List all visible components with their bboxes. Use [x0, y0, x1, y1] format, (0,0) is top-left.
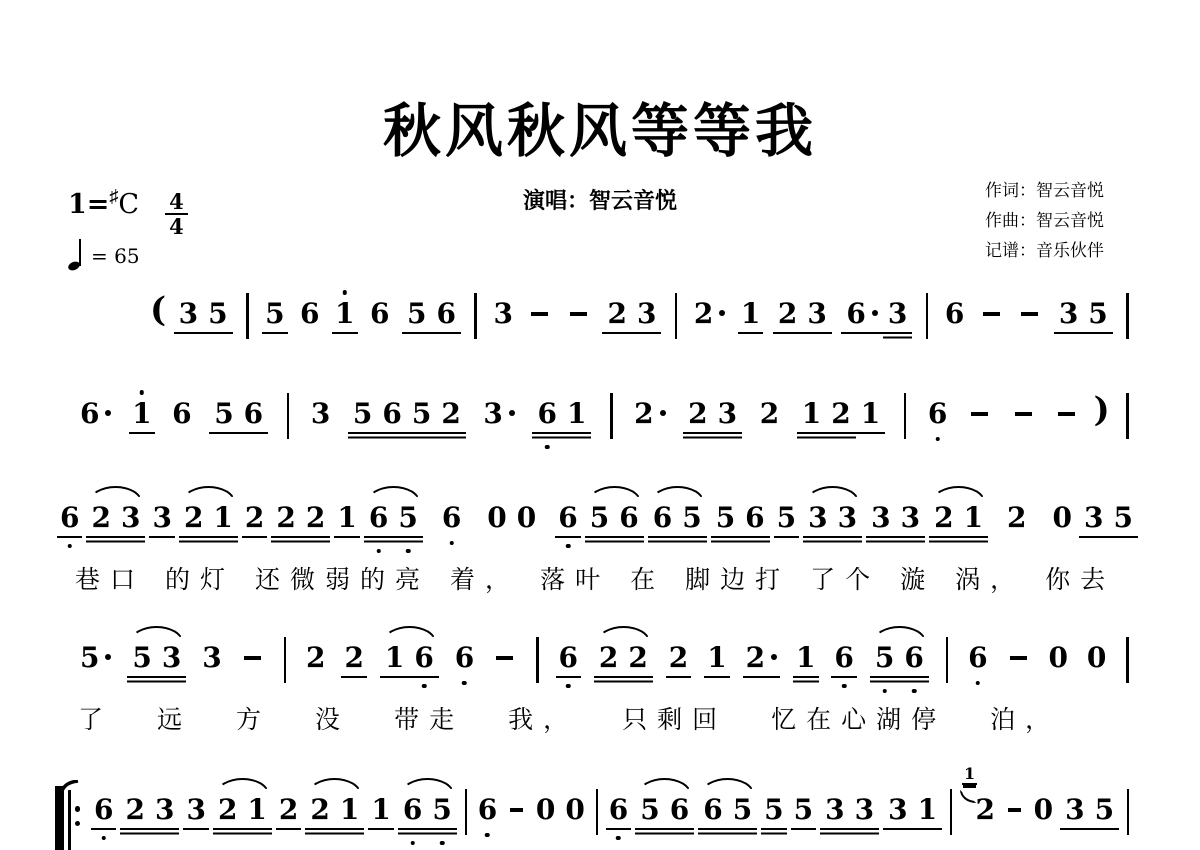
note-number: 1 — [385, 641, 404, 674]
lyric-segment: 还微弱的亮 — [255, 560, 430, 596]
note-number: 5 — [733, 793, 752, 826]
note-number: 2 — [125, 793, 144, 826]
note-number: 3 — [807, 297, 826, 330]
note: 6 — [698, 794, 727, 826]
beam-group: 56 — [402, 298, 461, 330]
volta-number: 1 — [962, 766, 977, 785]
note: 2 — [301, 502, 330, 534]
note: 3 — [802, 298, 831, 330]
rest-note: 0 — [1084, 642, 1109, 674]
note-number: 2 — [276, 501, 295, 534]
note: 5 — [348, 398, 377, 430]
note-number: 6 — [968, 641, 987, 674]
note: 2 — [271, 502, 300, 534]
note-number: 6 — [478, 793, 497, 826]
barline — [536, 637, 539, 683]
note-number: 1 — [337, 501, 356, 534]
note: 3 — [480, 398, 517, 430]
note: 6 — [409, 642, 438, 674]
note-number: 3 — [162, 641, 181, 674]
rest-note: 0 — [514, 502, 539, 534]
lyricist-credit: 作词：智云音悦 — [985, 176, 1104, 206]
lyric-segment: 带走 — [394, 700, 464, 736]
lyric-segment: 远 — [157, 700, 192, 736]
note: 5 — [711, 502, 740, 534]
note: 5 — [585, 502, 614, 534]
note: 5 — [791, 794, 816, 826]
augmentation-dot — [771, 654, 777, 660]
music-line-5: 6233212211656006566555333112035 — [55, 794, 1135, 850]
note: 3 — [803, 502, 832, 534]
note: 2 — [1004, 502, 1029, 534]
note-number: 6 — [80, 397, 99, 430]
octave-dot-below — [935, 437, 940, 442]
note: 2 — [683, 398, 712, 430]
slur-beam-group: 56 — [585, 502, 644, 534]
slur-beam-group: 21 — [213, 794, 272, 826]
note-number: 2 — [344, 641, 363, 674]
music-line-1: (35561656323212363635 — [150, 298, 1135, 360]
note-number: 5 — [208, 297, 227, 330]
note: 2 — [929, 502, 958, 534]
note: 3 — [866, 502, 895, 534]
note-number: 3 — [1059, 297, 1078, 330]
barline — [950, 789, 952, 835]
note-number: 0 — [1087, 641, 1106, 674]
note-number: 1 — [132, 397, 151, 430]
note: 6 — [91, 794, 116, 826]
song-title: 秋风秋风等等我 — [0, 84, 1200, 168]
note-number: 2 — [441, 397, 460, 430]
octave-dot-below — [422, 684, 427, 689]
beam-group: 35 — [1060, 794, 1119, 826]
note: 6 — [377, 398, 406, 430]
transcriber-credit: 记谱：音乐伙伴 — [985, 236, 1104, 266]
note: 1 — [335, 794, 364, 826]
note-number: 2 — [831, 397, 850, 430]
octave-dot-below — [406, 549, 411, 554]
note-number: 6 — [653, 501, 672, 534]
note-number: 5 — [764, 793, 783, 826]
note-number: 3 — [311, 397, 330, 430]
note-number: 6 — [945, 297, 964, 330]
beam-group: 22 — [271, 502, 330, 534]
slur-beam-group: 33 — [803, 502, 862, 534]
note: 6 — [925, 398, 950, 430]
note: 1 — [562, 398, 591, 430]
note-number: 0 — [1034, 793, 1053, 826]
note-number: 2 — [607, 297, 626, 330]
note-number: 6 — [834, 641, 853, 674]
note: 3 — [833, 502, 862, 534]
note: 3 — [883, 794, 912, 826]
note: 2 — [691, 298, 728, 330]
note: 1 — [797, 398, 826, 430]
note: 2 — [276, 794, 301, 826]
note: 3 — [1054, 298, 1083, 330]
note-number: 0 — [565, 793, 584, 826]
credits-block: 作词：智云音悦 作曲：智云音悦 记谱：音乐伙伴 — [985, 176, 1104, 266]
note-number: 3 — [888, 793, 907, 826]
note: 2 — [179, 502, 208, 534]
note: 1 — [208, 502, 237, 534]
note-number: 2 — [306, 641, 325, 674]
note-number: 6 — [244, 397, 263, 430]
lyric-segment: 了个 — [810, 560, 880, 596]
barline — [284, 637, 287, 683]
note-number: 2 — [218, 793, 237, 826]
note: 6 — [297, 298, 322, 330]
octave-dot-below — [976, 681, 981, 686]
note-number: 5 — [640, 793, 659, 826]
note-number: 6 — [670, 793, 689, 826]
note-number: 3 — [202, 641, 221, 674]
note: 3 — [896, 502, 925, 534]
note: 1 — [738, 298, 763, 330]
note-number: 6 — [619, 501, 638, 534]
note-number: 2 — [688, 397, 707, 430]
note-number: 1 — [802, 397, 821, 430]
octave-dot-above — [343, 290, 348, 295]
beam-group: 61 — [532, 398, 591, 430]
octave-dot-below — [440, 841, 445, 846]
note-number: 6 — [442, 501, 461, 534]
lyric-segment: 只剩回 — [622, 700, 727, 736]
note: 6 — [532, 398, 561, 430]
note: 2 — [86, 502, 115, 534]
duration-dash — [1010, 656, 1027, 660]
barline — [246, 293, 249, 339]
note-number: 0 — [1053, 501, 1072, 534]
augmentation-dot — [105, 410, 111, 416]
note: 3 — [1060, 794, 1089, 826]
lyric-segment: 我， — [508, 700, 578, 736]
note: 6 — [899, 642, 928, 674]
note: 3 — [883, 298, 912, 330]
note-number: 5 — [777, 501, 796, 534]
note: 2 — [213, 794, 242, 826]
beam-group: 33 — [866, 502, 925, 534]
note-number: 1 — [213, 501, 232, 534]
note: 1 — [242, 794, 271, 826]
rest-note: 0 — [533, 794, 558, 826]
note-number: 1 — [861, 397, 880, 430]
note-number: 1 — [340, 793, 359, 826]
note-number: 5 — [398, 501, 417, 534]
note: 3 — [308, 398, 333, 430]
octave-dot-below — [449, 541, 454, 546]
beam-group: 35 — [174, 298, 233, 330]
octave-dot-below — [842, 684, 847, 689]
note-number: 6 — [382, 397, 401, 430]
beam-group: 121 — [797, 398, 885, 430]
note-number: 5 — [432, 793, 451, 826]
note: 6 — [740, 502, 769, 534]
note-number: 3 — [155, 793, 174, 826]
lyric-segment: 涡， — [955, 560, 1025, 596]
note-number: 6 — [172, 397, 191, 430]
note: 5 — [1109, 502, 1138, 534]
note: 3 — [1079, 502, 1108, 534]
lyric-segment: 泊， — [990, 700, 1060, 736]
note: 6 — [169, 398, 194, 430]
note: 5 — [262, 298, 287, 330]
note-number: 1 — [796, 641, 815, 674]
sheet-music-page: 秋风秋风等等我 演唱：智云音悦 作词：智云音悦 作曲：智云音悦 记谱：音乐伙伴 … — [0, 0, 1200, 850]
slur-beam-group: 56 — [870, 642, 929, 674]
note-number: 3 — [1084, 501, 1103, 534]
augmentation-dot — [719, 310, 725, 316]
note: 1 — [334, 502, 359, 534]
lyric-segment: 脚边打 — [685, 560, 790, 596]
note: 6 — [431, 298, 460, 330]
beam-group: 23 — [683, 398, 742, 430]
note: 2 — [594, 642, 623, 674]
note-number: 3 — [186, 793, 205, 826]
slur-beam-group: 65 — [698, 794, 757, 826]
note-number: 2 — [628, 641, 647, 674]
note-number: 3 — [483, 397, 502, 430]
note-number: 3 — [637, 297, 656, 330]
repeat-dots — [75, 806, 81, 826]
lyric-segment: 忆在心湖停 — [771, 700, 946, 736]
barline — [287, 393, 290, 439]
key-prefix: 1= — [68, 190, 109, 220]
note: 6 — [439, 502, 464, 534]
note-number: 3 — [825, 793, 844, 826]
note-number: 6 — [300, 297, 319, 330]
barline — [946, 637, 949, 683]
note-number: 6 — [370, 297, 389, 330]
lyric-segment: 了 — [78, 700, 113, 736]
note: 1 — [913, 794, 942, 826]
note-number: 5 — [353, 397, 372, 430]
repeat-dot — [75, 806, 81, 812]
note: 2 — [666, 642, 691, 674]
note: 1 — [129, 398, 154, 430]
lyric-segment: 你去 — [1045, 560, 1115, 596]
slur-beam-group: 65 — [648, 502, 707, 534]
note-number: 2 — [746, 641, 765, 674]
note: 6 — [614, 502, 643, 534]
note: 5 — [870, 642, 899, 674]
slur-beam-group: 21 — [179, 502, 238, 534]
note-number: 3 — [493, 297, 512, 330]
note: 2 — [743, 642, 780, 674]
lyrics-line-2: 了远方没带走我，只剩回忆在心湖停泊， — [78, 700, 1060, 736]
lyric-segment: 方 — [236, 700, 271, 736]
note-number: 5 — [1095, 793, 1114, 826]
note-number: 5 — [875, 641, 894, 674]
beam-group: 35 — [1054, 298, 1113, 330]
note: 3 — [116, 502, 145, 534]
duration-dash — [570, 312, 587, 316]
note: 6 — [452, 642, 477, 674]
note: 5 — [393, 502, 422, 534]
rest-note: 0 — [562, 794, 587, 826]
note: 5 — [427, 794, 456, 826]
lyric-segment: 漩 — [900, 560, 935, 596]
note-number: 3 — [152, 501, 171, 534]
note: 3 — [632, 298, 661, 330]
barline — [1126, 293, 1129, 339]
barline — [465, 789, 467, 835]
note: 3 — [199, 642, 224, 674]
note-number: 2 — [184, 501, 203, 534]
note: 6 — [665, 794, 694, 826]
beam-group: 33 — [820, 794, 879, 826]
note-number: 1 — [707, 641, 726, 674]
intro-paren: ) — [1094, 395, 1110, 425]
key-letter: C — [118, 190, 139, 220]
note-number: 2 — [599, 641, 618, 674]
note: 2 — [757, 398, 782, 430]
note-number: 6 — [928, 397, 947, 430]
note-number: 1 — [371, 793, 390, 826]
note: 2 — [305, 794, 334, 826]
note-number: 1 — [964, 501, 983, 534]
note: 5 — [1083, 298, 1112, 330]
note-number: 3 — [808, 501, 827, 534]
note: 3 — [157, 642, 186, 674]
octave-dot-below — [410, 841, 415, 846]
note-number: 0 — [1048, 641, 1067, 674]
note-number: 2 — [778, 297, 797, 330]
note: 5 — [774, 502, 799, 534]
note-number: 5 — [407, 297, 426, 330]
note: 5 — [203, 298, 232, 330]
octave-dot-below — [545, 445, 550, 450]
note: 6 — [648, 502, 677, 534]
rest-note: 0 — [1050, 502, 1075, 534]
note: 5 — [761, 794, 786, 826]
note: 6 — [239, 398, 268, 430]
note-number: 6 — [455, 641, 474, 674]
slur-beam-group: 65 — [398, 794, 457, 826]
beam-group: 63 — [841, 298, 912, 330]
note-number: 6 — [846, 297, 865, 330]
note-number: 6 — [745, 501, 764, 534]
beam-group: 5652 — [348, 398, 466, 430]
note-number: 1 — [247, 793, 266, 826]
duration-dash — [1015, 412, 1032, 416]
note-number: 6 — [904, 641, 923, 674]
note-number: 3 — [179, 297, 198, 330]
note: 5 — [635, 794, 664, 826]
octave-dot-below — [485, 833, 490, 838]
augmentation-dot — [105, 654, 111, 660]
barline — [926, 293, 929, 339]
rest-note: 0 — [484, 502, 509, 534]
note: 1 — [856, 398, 885, 430]
note: 5 — [728, 794, 757, 826]
composer-credit: 作曲：智云音悦 — [985, 206, 1104, 236]
note: 6 — [841, 298, 882, 330]
note: 5 — [127, 642, 156, 674]
augmentation-dot — [509, 410, 515, 416]
time-signature: 4 4 — [165, 190, 188, 238]
barline — [610, 393, 613, 439]
octave-dot-below — [566, 544, 571, 549]
note: 2 — [341, 642, 366, 674]
note: 2 — [773, 298, 802, 330]
note-number: 6 — [60, 501, 79, 534]
slur-beam-group: 16 — [380, 642, 439, 674]
note-number: 1 — [918, 793, 937, 826]
note-number: 1 — [335, 297, 354, 330]
note-number: 6 — [558, 501, 577, 534]
note-number: 5 — [214, 397, 233, 430]
octave-dot-below — [462, 681, 467, 686]
slur-beam-group: 53 — [127, 642, 186, 674]
duration-dash — [971, 412, 988, 416]
note: 6 — [556, 642, 581, 674]
note: 6 — [942, 298, 967, 330]
beam-group: 56 — [711, 502, 770, 534]
note-number: 6 — [537, 397, 556, 430]
duration-dash — [1008, 808, 1021, 812]
note-number: 5 — [682, 501, 701, 534]
note-number: 2 — [634, 397, 653, 430]
music-line-4: 5533221666222121656600 — [75, 642, 1135, 704]
note-number: 5 — [265, 297, 284, 330]
note-number: 5 — [80, 641, 99, 674]
note: 1 — [368, 794, 393, 826]
barline — [1126, 637, 1129, 683]
note: 5 — [1090, 794, 1119, 826]
lyric-segment: 落叶 — [540, 560, 610, 596]
lyric-segment: 没 — [315, 700, 350, 736]
note-number: 0 — [536, 793, 555, 826]
note: 2 — [826, 398, 855, 430]
tempo-value: = 65 — [91, 244, 140, 270]
duration-dash — [1058, 412, 1075, 416]
beam-group: 23 — [602, 298, 661, 330]
octave-dot-below — [67, 544, 72, 549]
note: 6 — [367, 298, 392, 330]
key-signature: 1=♯C 4 4 — [68, 190, 188, 238]
duration-dash — [496, 656, 513, 660]
barline — [596, 789, 598, 835]
duration-dash — [244, 656, 261, 660]
note-number: 6 — [414, 641, 433, 674]
note-number: 5 — [794, 793, 813, 826]
augmentation-dot — [660, 410, 666, 416]
note: 2 — [303, 642, 328, 674]
note: 3 — [850, 794, 879, 826]
note-number: 2 — [310, 793, 329, 826]
note: 6 — [606, 794, 631, 826]
note: 2 — [623, 642, 652, 674]
note-number: 2 — [694, 297, 713, 330]
note: 2 — [120, 794, 149, 826]
note-number: 3 — [1065, 793, 1084, 826]
volta-first-ending: 1 — [960, 794, 971, 828]
note: 3 — [174, 298, 203, 330]
duration-dash — [510, 808, 523, 812]
lyric-segment: 巷口 — [75, 560, 145, 596]
note: 6 — [555, 502, 580, 534]
augmentation-dot — [872, 310, 878, 316]
beam-group: 35 — [1079, 502, 1138, 534]
note-number: 2 — [306, 501, 325, 534]
note: 6 — [57, 502, 82, 534]
note-number: 5 — [1088, 297, 1107, 330]
slur-beam-group: 22 — [594, 642, 653, 674]
note: 2 — [631, 398, 668, 430]
note-number: 2 — [1007, 501, 1026, 534]
note: 6 — [364, 502, 393, 534]
